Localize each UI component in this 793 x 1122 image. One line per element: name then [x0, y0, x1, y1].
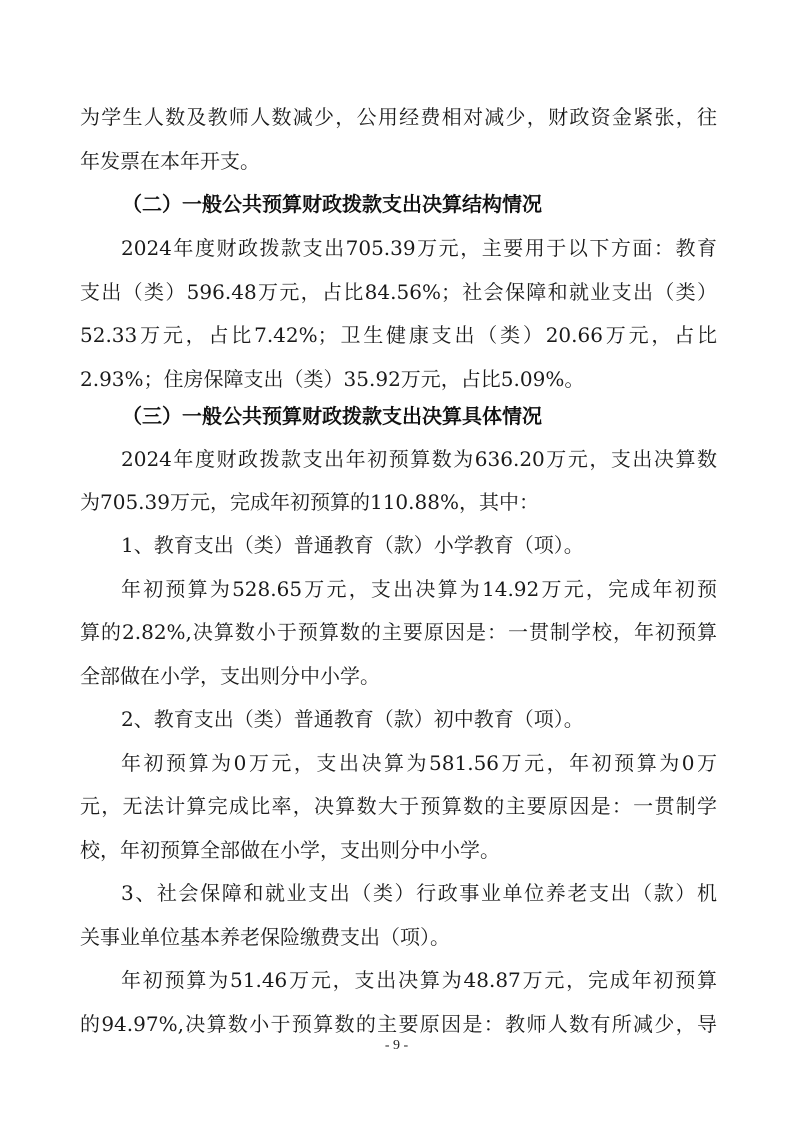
document-page: 为学生人数及教师人数减少，公用经费相对减少，财政资金紧张，往 年发票在本年开支。… — [0, 0, 793, 1122]
paragraph-line: 2.93%；住房保障支出（类）35.92万元，占比5.09%。 — [80, 364, 717, 394]
list-item-heading: 1、教育支出（类）普通教育（款）小学教育（项）。 — [121, 530, 717, 560]
paragraph-line: 为学生人数及教师人数减少，公用经费相对减少，财政资金紧张，往 — [80, 102, 717, 132]
section-heading-2: （二）一般公共预算财政拨款支出决算结构情况 — [122, 189, 682, 219]
paragraph-line: 年初预算为0万元，支出决算为581.56万元，年初预算为0万 — [121, 748, 717, 778]
paragraph-line: 元，无法计算完成比率，决算数大于预算数的主要原因是：一贯制学 — [80, 791, 717, 821]
paragraph-line: 全部做在小学，支出则分中小学。 — [80, 661, 717, 691]
paragraph-line: 算的2.82%,决算数小于预算数的主要原因是：一贯制学校，年初预算 — [80, 617, 717, 647]
paragraph-line: 年发票在本年开支。 — [80, 146, 717, 176]
paragraph-line: 为705.39万元，完成年初预算的110.88%，其中： — [80, 487, 717, 517]
list-item-heading: 3、社会保障和就业支出（类）行政事业单位养老支出（款）机 — [121, 878, 717, 908]
paragraph-line: 年初预算为51.46万元，支出决算为48.87万元，完成年初预算 — [121, 965, 717, 995]
paragraph-line: 支出（类）596.48万元，占比84.56%；社会保障和就业支出（类） — [80, 277, 717, 307]
list-item-heading: 关事业单位基本养老保险缴费支出（项）。 — [80, 922, 717, 952]
page-number: - 9 - — [0, 1034, 793, 1058]
paragraph-line: 校，年初预算全部做在小学，支出则分中小学。 — [80, 835, 717, 865]
paragraph-line: 52.33万元，占比7.42%；卫生健康支出（类）20.66万元，占比 — [80, 320, 717, 350]
paragraph-line: 2024年度财政拨款支出705.39万元，主要用于以下方面：教育 — [121, 233, 717, 263]
paragraph-line: 年初预算为528.65万元，支出决算为14.92万元，完成年初预 — [121, 574, 717, 604]
list-item-heading: 2、教育支出（类）普通教育（款）初中教育（项）。 — [121, 704, 717, 734]
section-heading-3: （三）一般公共预算财政拨款支出决算具体情况 — [122, 401, 682, 431]
paragraph-line: 2024年度财政拨款支出年初预算数为636.20万元，支出决算数 — [121, 444, 717, 474]
